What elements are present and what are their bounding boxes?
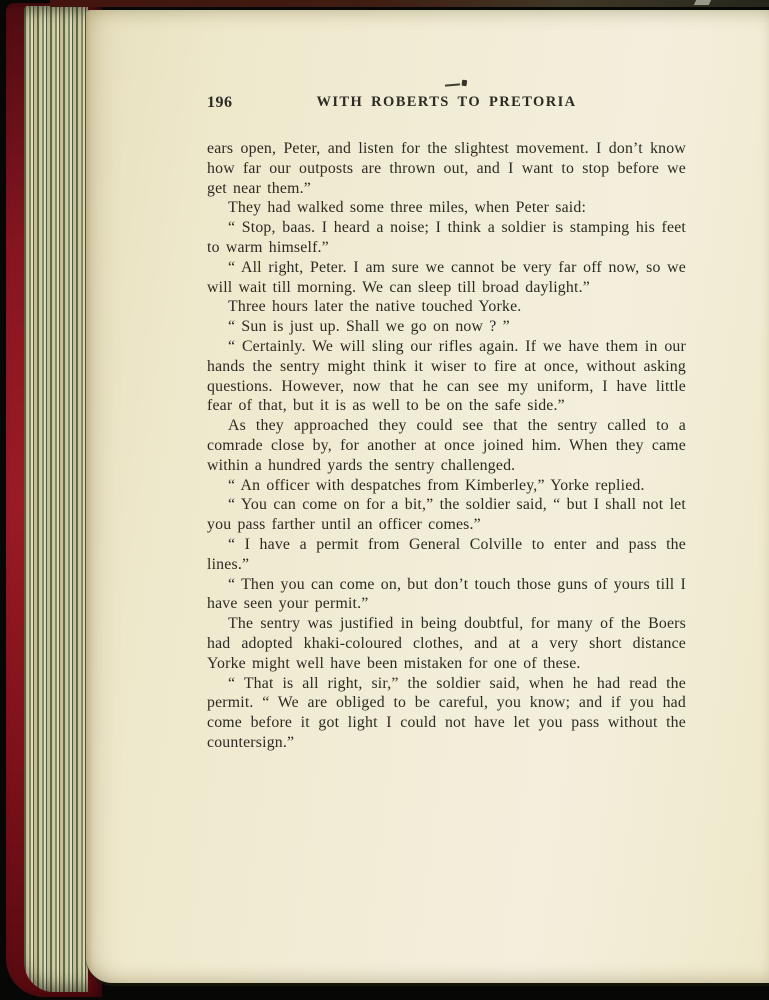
text-column: 196 WITH ROBERTS TO PRETORIA ears open, … <box>207 94 686 753</box>
paragraph: ears open, Peter, and listen for the sli… <box>207 139 686 198</box>
paragraph: “ Then you can come on, but don’t touch … <box>207 575 686 615</box>
book-page: 196 WITH ROBERTS TO PRETORIA ears open, … <box>86 10 769 983</box>
scan-top-edge <box>50 0 769 7</box>
ink-smudge-mark <box>445 83 460 86</box>
book-scan: 196 WITH ROBERTS TO PRETORIA ears open, … <box>0 0 769 1000</box>
paragraph: “ That is all right, sir,” the soldier s… <box>207 674 686 753</box>
paragraph: “ An officer with despatches from Kimber… <box>207 476 686 496</box>
paragraph: “ Certainly. We will sling our rifles ag… <box>207 337 686 416</box>
page-text: ears open, Peter, and listen for the sli… <box>207 139 686 753</box>
paragraph: “ All right, Peter. I am sure we cannot … <box>207 258 686 298</box>
paragraph: The sentry was justified in being doubtf… <box>207 614 686 673</box>
paragraph: “ Sun is just up. Shall we go on now ? ” <box>207 317 686 337</box>
paragraph: They had walked some three miles, when P… <box>207 198 686 218</box>
page-number: 196 <box>207 94 233 112</box>
page-edge-stripes <box>24 6 88 992</box>
paragraph: “ Stop, baas. I heard a noise; I think a… <box>207 218 686 258</box>
paragraph: “ I have a permit from General Colville … <box>207 535 686 575</box>
paragraph: “ You can come on for a bit,” the soldie… <box>207 495 686 535</box>
paragraph: Three hours later the native touched Yor… <box>207 297 686 317</box>
running-title: WITH ROBERTS TO PRETORIA <box>207 94 686 111</box>
paragraph: As they approached they could see that t… <box>207 416 686 475</box>
page-header: 196 WITH ROBERTS TO PRETORIA <box>207 94 686 114</box>
